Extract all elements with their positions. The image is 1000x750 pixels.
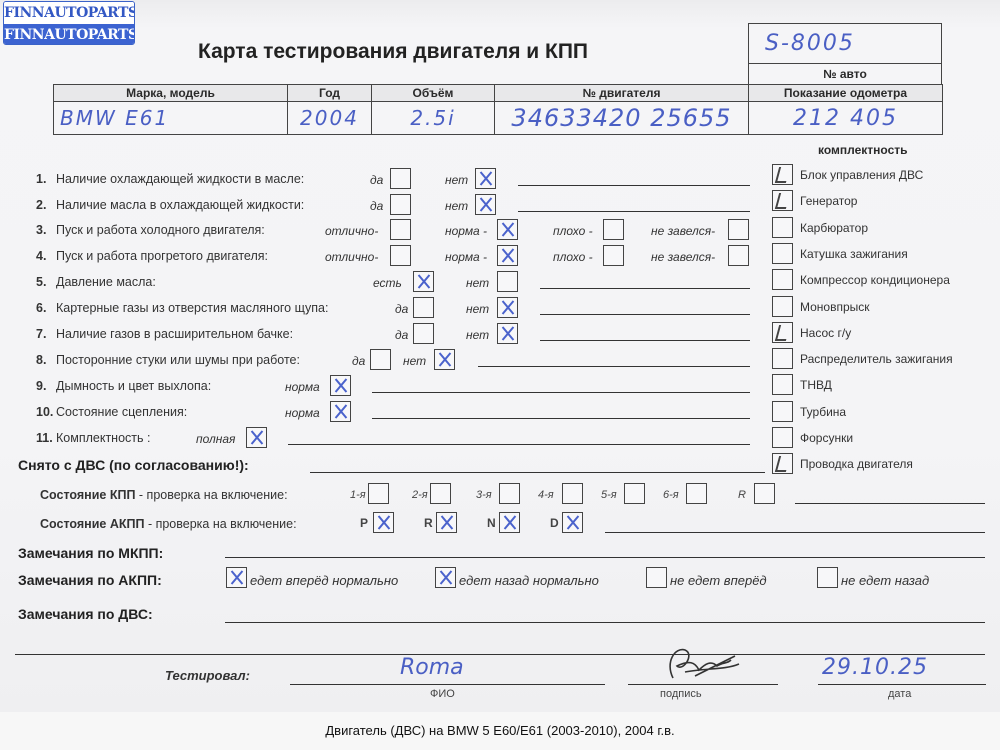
gear-label: 2-я [412,489,428,501]
checkbox-5-1[interactable] [413,271,434,292]
notes-line [288,444,750,445]
checkbox-2-2[interactable] [475,194,496,215]
notes-line [540,340,750,341]
check-row-11: 11.Комплектность : [36,431,150,445]
check-row-2: 2.Наличие масла в охлаждающей жидкости: [36,198,304,212]
kpp-gear-5[interactable] [624,483,645,504]
option-label: нет [466,328,489,342]
akpp-remark-checkbox-1[interactable] [226,567,247,588]
checkbox-3-4[interactable] [728,219,749,240]
removed-from-engine-label: Снято с ДВС (по согласованию!): [18,457,249,473]
kpp-gear-3[interactable] [499,483,520,504]
gear-label: 5-я [601,489,617,501]
volume-value: 2.5i [372,102,495,135]
kpp-gear-4[interactable] [562,483,583,504]
kompl-checkbox-6[interactable] [772,296,793,317]
checkbox-1-2[interactable] [475,168,496,189]
kompl-label: Генератор [800,194,857,208]
kompl-label: Компрессор кондиционера [800,273,950,287]
check-row-3: 3.Пуск и работа холодного двигателя: [36,223,265,237]
notes-line [540,314,750,315]
gear-label: P [360,516,368,530]
option-label: норма [285,406,320,420]
checkbox-7-2[interactable] [497,323,518,344]
option-label: нет [445,199,468,213]
form-title: Карта тестирования двигателя и КПП [198,40,588,64]
checkbox-4-1[interactable] [390,245,411,266]
checkbox-10-1[interactable] [330,401,351,422]
test-date: 29.10.25 [822,655,928,680]
check-label: Давление масла: [56,275,156,289]
notes-line [478,366,750,367]
col-engine-number: № двигателя [495,85,749,102]
kpp-gear-2[interactable] [430,483,451,504]
checkbox-11-1[interactable] [246,427,267,448]
check-row-4: 4.Пуск и работа прогретого двигателя: [36,249,268,263]
checkbox-7-1[interactable] [413,323,434,344]
akpp-remark-label: не едет назад [841,573,929,588]
check-label: Наличие охлаждающей жидкости в масле: [56,172,304,186]
tester-name-caption: ФИО [430,688,455,700]
kpp-line [795,503,985,504]
check-number: 8. [36,353,56,367]
akpp-label: Состояние АКПП - проверка на включение: [40,517,297,531]
akpp-gear-D[interactable] [562,512,583,533]
check-label: Состояние сцепления: [56,405,187,419]
kompl-checkbox-8[interactable] [772,348,793,369]
akpp-label-rest: - проверка на включение: [144,517,296,531]
option-label: да [395,302,408,316]
akpp-remark-label: едет вперёд нормально [250,573,398,588]
kpp-gear-6[interactable] [686,483,707,504]
tester-name-line [290,684,605,685]
checkbox-4-3[interactable] [603,245,624,266]
watermark-line-1: FINNAUTOPARTS [4,2,134,24]
gear-label: R [738,489,746,501]
akpp-remark-label: едет назад нормально [459,573,599,588]
year-value: 2004 [288,102,372,135]
checkbox-9-1[interactable] [330,375,351,396]
check-label: Пуск и работа прогретого двигателя: [56,249,268,263]
check-row-6: 6.Картерные газы из отверстия масляного … [36,301,328,315]
option-label: отлично- [325,224,378,238]
car-number-label: № авто [749,64,941,84]
checkbox-8-2[interactable] [434,349,455,370]
option-label: да [370,199,383,213]
col-make-model: Марка, модель [54,85,288,102]
kompl-checkbox-11[interactable] [772,427,793,448]
check-row-7: 7.Наличие газов в расширительном бачке: [36,327,293,341]
check-number: 1. [36,172,56,186]
kompl-label: Катушка зажигания [800,247,908,261]
kpp-label-rest: - проверка на включение: [135,488,287,502]
kpp-label-bold: Состояние КПП [40,488,135,502]
checkbox-1-1[interactable] [390,168,411,189]
checkbox-4-4[interactable] [728,245,749,266]
kompl-checkbox-4[interactable] [772,243,793,264]
kompl-label: Турбина [800,405,846,419]
kompl-checkbox-7[interactable] [772,322,793,343]
kompl-checkbox-10[interactable] [772,401,793,422]
gear-label: D [550,516,559,530]
check-row-9: 9.Дымность и цвет выхлопа: [36,379,211,393]
checkbox-3-1[interactable] [390,219,411,240]
gear-label: 1-я [350,489,366,501]
check-number: 9. [36,379,56,393]
col-volume: Объём [372,85,495,102]
watermark-line-2: FINNAUTOPARTS [4,24,134,45]
check-label: Наличие газов в расширительном бачке: [56,327,293,341]
tester-name: Roma [400,655,464,680]
check-label: Посторонние стуки или шумы при работе: [56,353,300,367]
kompl-label: Форсунки [800,431,853,445]
kompl-label: Блок управления ДВС [800,168,923,182]
check-label: Пуск и работа холодного двигателя: [56,223,265,237]
gear-label: N [487,516,496,530]
check-row-5: 5.Давление масла: [36,275,156,289]
check-label: Дымность и цвет выхлопа: [56,379,211,393]
mkpp-remarks-label: Замечания по МКПП: [18,545,163,561]
option-label: да [370,173,383,187]
check-label: Наличие масла в охлаждающей жидкости: [56,198,304,212]
akpp-remark-label: не едет вперёд [670,573,767,588]
option-label: нет [403,354,426,368]
notes-line [372,418,750,419]
checkbox-8-1[interactable] [370,349,391,370]
kompl-checkbox-12[interactable] [772,453,793,474]
gear-label: 3-я [476,489,492,501]
akpp-remark-checkbox-4[interactable] [817,567,838,588]
checkbox-5-2[interactable] [497,271,518,292]
option-label: отлично- [325,250,378,264]
kompl-label: Проводка двигателя [800,457,913,471]
check-row-10: 10.Состояние сцепления: [36,405,187,419]
car-number-value: S-8005 [749,24,941,64]
image-caption: Двигатель (ДВС) на BMW 5 E60/E61 (2003-2… [0,712,1000,750]
option-label: не завелся- [651,224,715,238]
removed-line [310,472,765,473]
gear-label: R [424,516,433,530]
signature-line [628,684,778,685]
option-label: нет [466,302,489,316]
check-number: 5. [36,275,56,289]
option-label: полная [196,432,235,446]
checkbox-3-3[interactable] [603,219,624,240]
date-line [818,684,986,685]
check-number: 2. [36,198,56,212]
watermark-logo: FINNAUTOPARTS FINNAUTOPARTS [3,1,135,45]
option-label: плохо - [553,224,593,238]
vehicle-info-table: Марка, модель Год Объём № двигателя Пока… [53,84,943,135]
notes-line [518,211,750,212]
option-label: норма - [445,224,487,238]
mkpp-remarks-line [225,557,985,558]
check-label: Картерные газы из отверстия масляного щу… [56,301,328,315]
col-odometer: Показание одометра [749,85,943,102]
kompl-checkbox-5[interactable] [772,269,793,290]
akpp-label-bold: Состояние АКПП [40,517,144,531]
akpp-remark-checkbox-2[interactable] [435,567,456,588]
checkbox-6-2[interactable] [497,297,518,318]
notes-line [518,185,750,186]
checkbox-6-1[interactable] [413,297,434,318]
notes-line [540,288,750,289]
col-year: Год [288,85,372,102]
option-label: норма [285,380,320,394]
check-number: 6. [36,301,56,315]
akpp-gear-P[interactable] [373,512,394,533]
test-card-document: FINNAUTOPARTS FINNAUTOPARTS Карта тестир… [0,0,1000,712]
kompl-checkbox-9[interactable] [772,374,793,395]
signature-caption: подпись [660,688,702,700]
option-label: да [352,354,365,368]
option-label: плохо - [553,250,593,264]
gear-label: 4-я [538,489,554,501]
kpp-label: Состояние КПП - проверка на включение: [40,488,288,502]
komplektnost-title: комплектность [818,143,908,157]
gear-label: 6-я [663,489,679,501]
check-number: 7. [36,327,56,341]
kompl-label: Распределитель зажигания [800,352,953,366]
signature [655,642,750,682]
kompl-label: Моновпрыск [800,300,870,314]
kompl-checkbox-1[interactable] [772,164,793,185]
dvs-remarks-line [225,622,985,623]
akpp-gear-R[interactable] [436,512,457,533]
check-row-1: 1.Наличие охлаждающей жидкости в масле: [36,172,304,186]
akpp-remarks-label: Замечания по АКПП: [18,572,162,588]
kompl-checkbox-3[interactable] [772,217,793,238]
option-label: есть [373,276,402,290]
date-caption: дата [888,688,911,700]
option-label: норма - [445,250,487,264]
odometer-value: 212 405 [749,102,943,135]
check-number: 4. [36,249,56,263]
kompl-label: Насос г/у [800,326,851,340]
check-label: Комплектность : [56,431,150,445]
kompl-checkbox-2[interactable] [772,190,793,211]
check-row-8: 8.Посторонние стуки или шумы при работе: [36,353,300,367]
check-number: 11. [36,431,56,445]
car-number-box: S-8005 № авто [748,23,942,84]
tested-by-label: Тестировал: [165,668,250,683]
option-label: нет [445,173,468,187]
akpp-line [605,532,985,533]
engine-number-value: 34633420 25655 [495,102,749,135]
make-model-value: BMW E61 [54,102,288,135]
option-label: да [395,328,408,342]
option-label: не завелся- [651,250,715,264]
checkbox-2-1[interactable] [390,194,411,215]
notes-line [372,392,750,393]
kompl-label: Карбюратор [800,221,868,235]
kompl-label: ТНВД [800,378,832,392]
kpp-gear-1[interactable] [368,483,389,504]
option-label: нет [466,276,489,290]
check-number: 3. [36,223,56,237]
check-number: 10. [36,405,56,419]
checkbox-4-2[interactable] [497,245,518,266]
dvs-remarks-label: Замечания по ДВС: [18,606,153,622]
checkbox-3-2[interactable] [497,219,518,240]
akpp-gear-N[interactable] [499,512,520,533]
akpp-remark-checkbox-3[interactable] [646,567,667,588]
kpp-gear-7[interactable] [754,483,775,504]
